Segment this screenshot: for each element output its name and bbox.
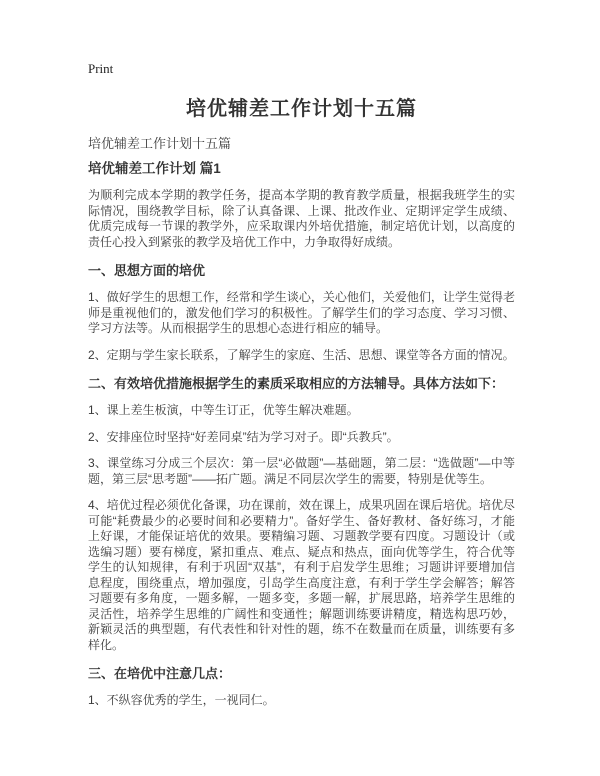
paragraph: 2、定期与学生家长联系，了解学生的家庭、生活、思想、课堂等各方面的情况。 <box>88 348 515 364</box>
section-heading-2: 二、有效培优措施根据学生的素质采取相应的方法辅导。具体方法如下： <box>88 376 515 392</box>
print-button[interactable]: Print <box>88 62 113 76</box>
paragraph: 3、课堂练习分成三个层次：第一层“必做题”—基础题，第二层：“选做题”—中等题，… <box>88 456 515 487</box>
article-section-heading: 培优辅差工作计划 篇1 <box>88 161 515 177</box>
paragraph: 1、不纵容优秀的学生，一视同仁。 <box>88 693 515 709</box>
paragraph: 1、课上差生板演，中等生订正，优等生解决难题。 <box>88 403 515 419</box>
section-heading-1: 一、思想方面的培优 <box>88 263 515 279</box>
section-heading-3: 三、在培优中注意几点： <box>88 666 515 682</box>
intro-paragraph: 为顺利完成本学期的教学任务，提高本学期的教育教学质量，根据我班学生的实际情况，围… <box>88 188 515 250</box>
paragraph: 4、培优过程必须优化备课，功在课前，效在课上，成果巩固在课后培优。培优尽可能“耗… <box>88 498 515 653</box>
document-subtitle: 培优辅差工作计划十五篇 <box>88 136 515 151</box>
document-page: Print 培优辅差工作计划十五篇 培优辅差工作计划十五篇 培优辅差工作计划 篇… <box>0 0 600 709</box>
paragraph: 1、做好学生的思想工作，经常和学生谈心，关心他们，关爱他们，让学生觉得老师是重视… <box>88 290 515 337</box>
document-title: 培优辅差工作计划十五篇 <box>88 97 515 121</box>
paragraph: 2、安排座位时坚持“好差同桌”结为学习对子。即“兵教兵”。 <box>88 430 515 446</box>
